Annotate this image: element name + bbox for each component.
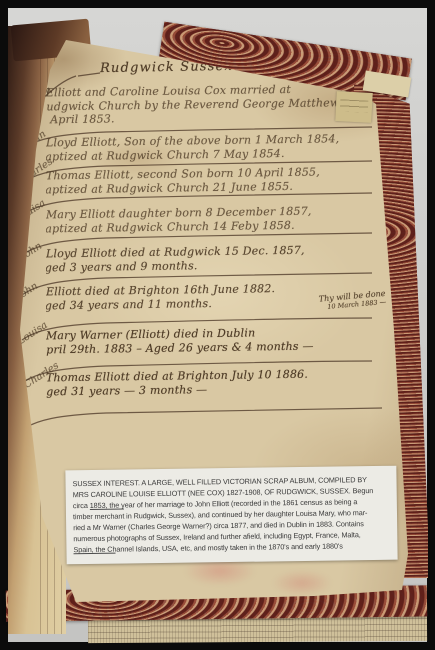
red-ink-smudge	[272, 570, 332, 596]
register-entry: Mary Warner (Elliott) died in Dublin Apr…	[46, 325, 380, 357]
register-entry: Lloyd Elliott died at Rudgwick 15 Dec. 1…	[46, 243, 380, 275]
photo-of-scrap-album: Rudgwick Sussex John John Charles Louisa…	[0, 0, 435, 650]
paper-tab	[335, 91, 373, 123]
dealer-description-label: SUSSEX INTEREST. A LARGE, WELL FILLED VI…	[65, 466, 397, 565]
register-entry: Thomas Elliott died at Brighton July 10 …	[46, 367, 380, 399]
register-entry: Thomas Elliott, second Son born 10 April…	[46, 165, 380, 197]
register-entry: Elliott and Caroline Louisa Cox married …	[46, 82, 381, 127]
register-entry: Mary Elliott daughter born 8 December 18…	[46, 204, 380, 236]
register-entry: Lloyd Elliott, Son of the above born 1 M…	[46, 132, 380, 164]
